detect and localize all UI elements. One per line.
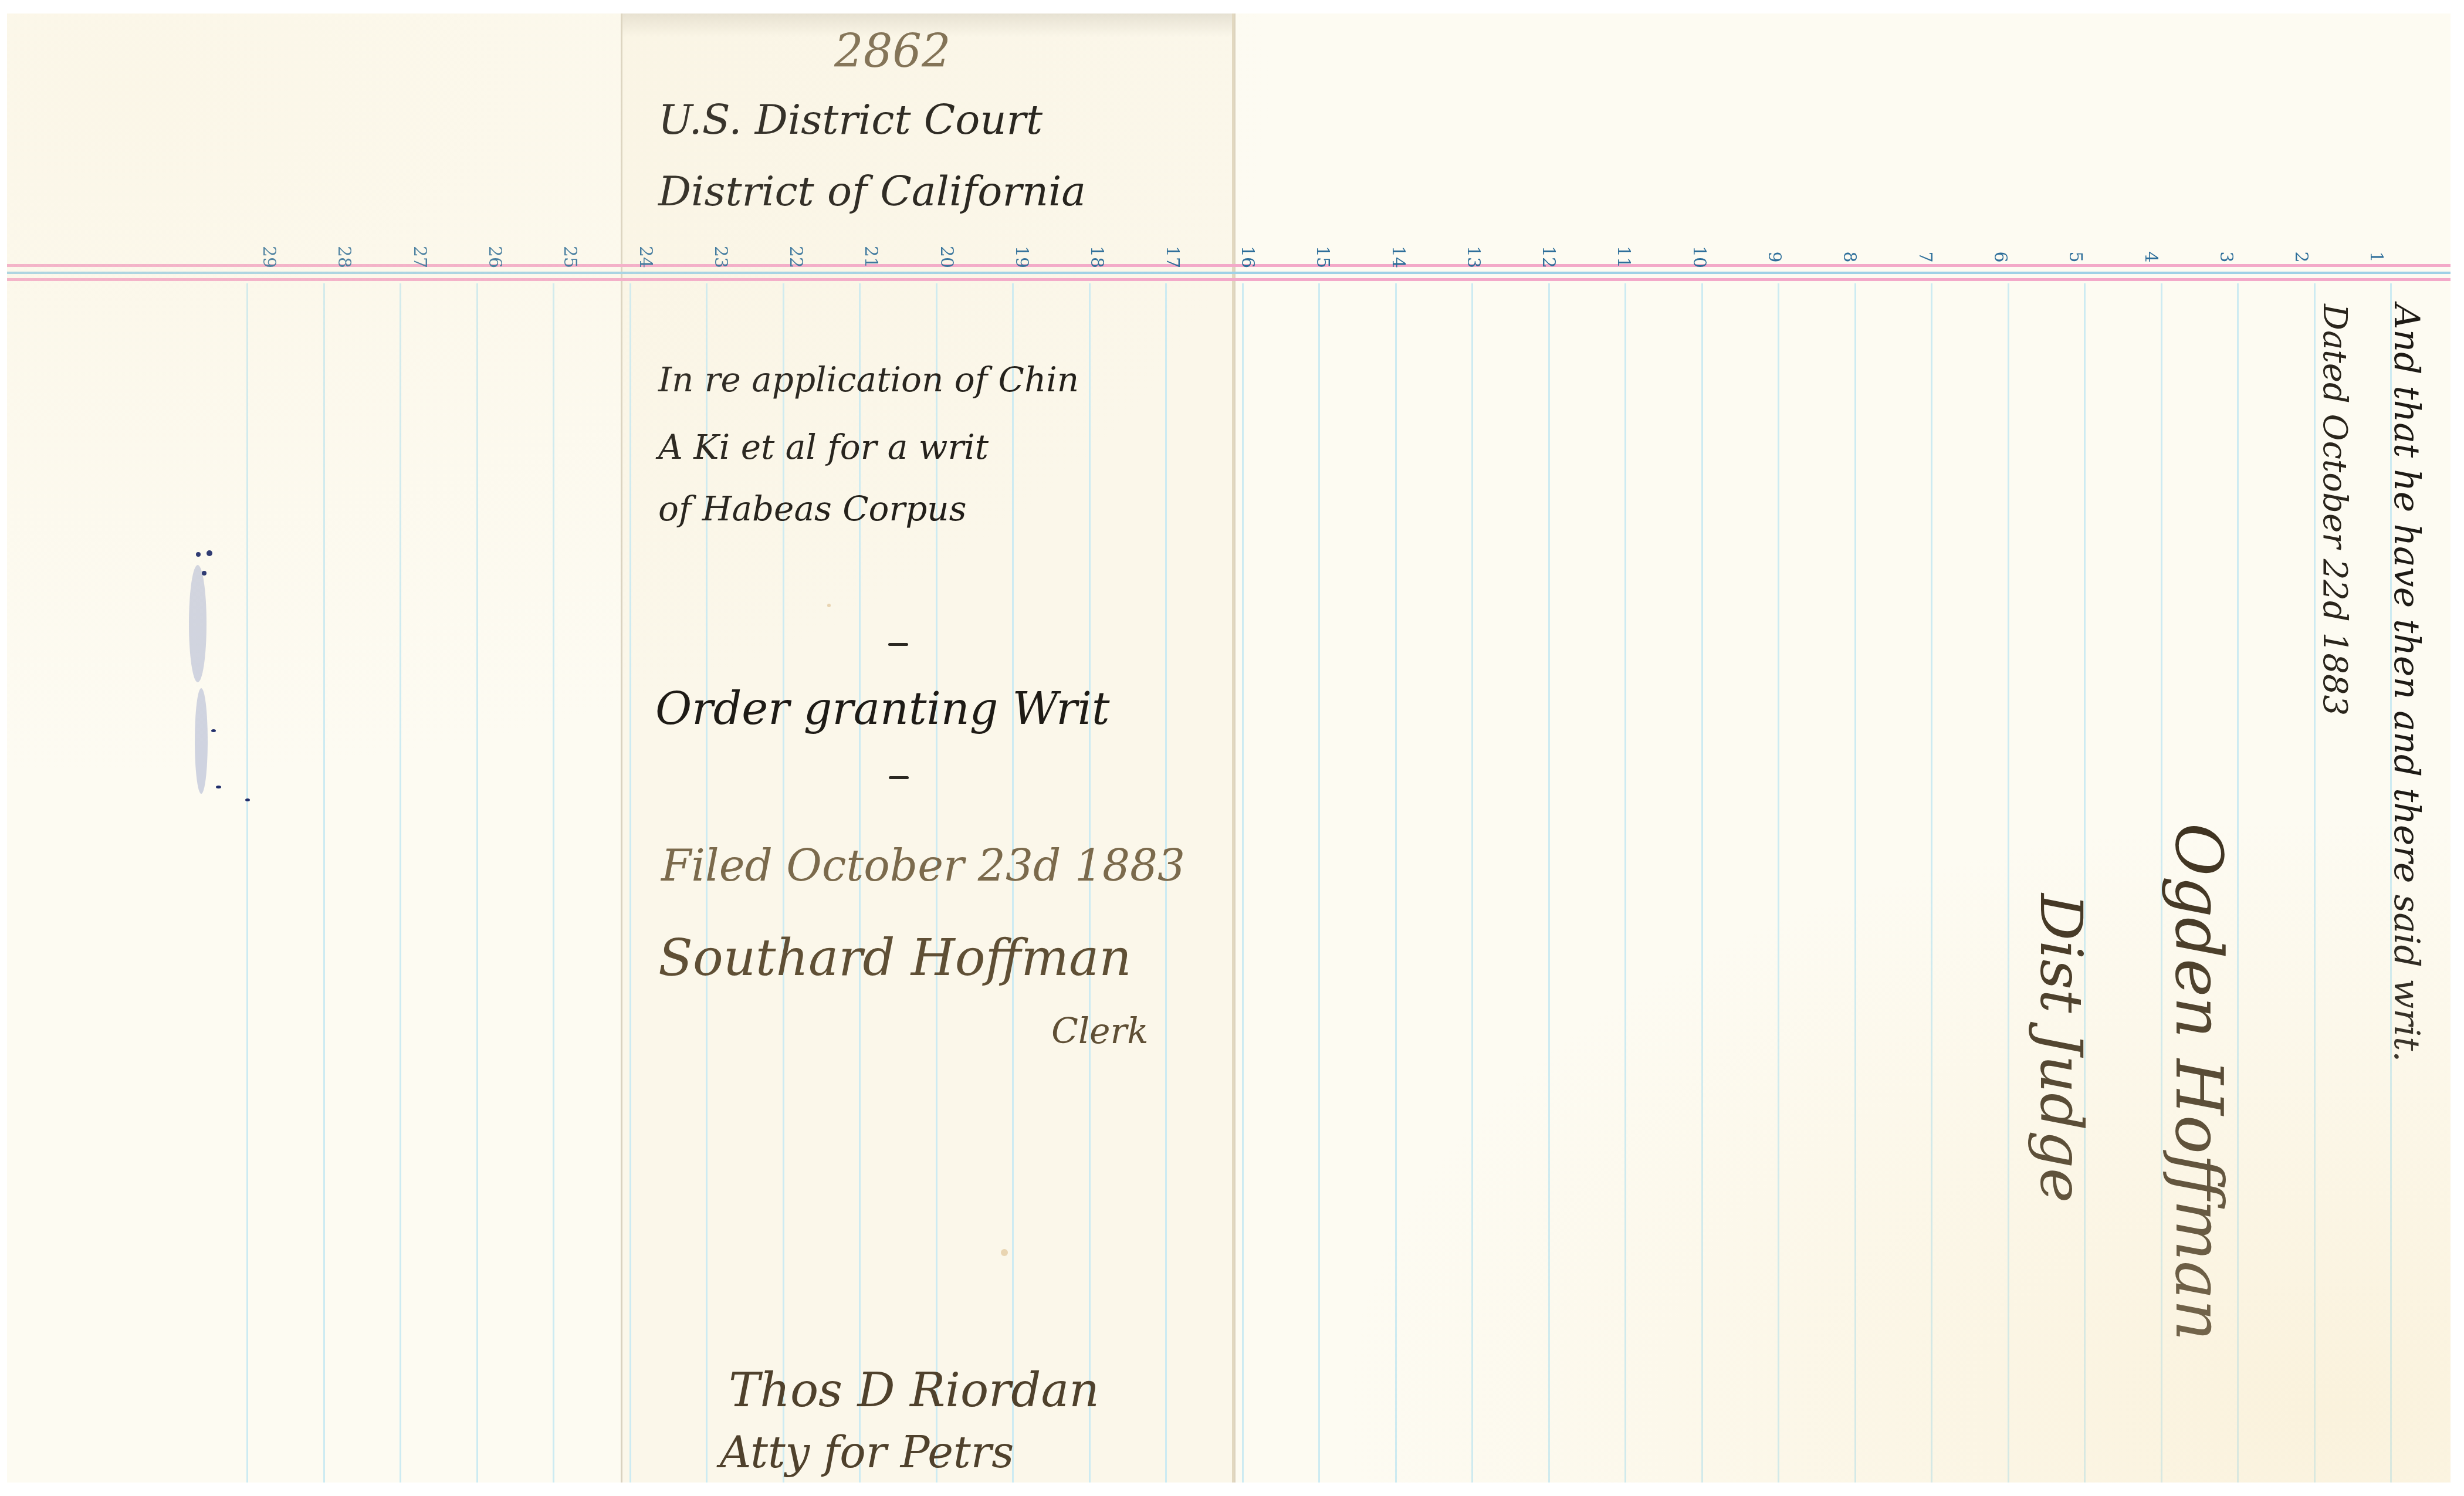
clerk-title: Clerk: [1051, 1011, 1149, 1052]
ruled-line: [629, 283, 631, 1483]
case-caption-line-1: In re application of Chin: [658, 360, 1079, 400]
line-number: 11: [1612, 245, 1635, 269]
paper-stain: [827, 604, 831, 607]
court-district: District of California: [658, 167, 1086, 215]
ruled-line: [2008, 283, 2009, 1483]
separator-dash-top: [888, 643, 908, 646]
case-caption-line-3: of Habeas Corpus: [658, 489, 966, 529]
ruled-line: [2237, 283, 2239, 1483]
line-number: 6: [1988, 245, 2012, 269]
ruled-line: [2084, 283, 2086, 1483]
line-number: 16: [1236, 245, 1259, 269]
folded-cover-panel: [621, 13, 1236, 1483]
line-number: 8: [1837, 245, 1861, 269]
line-number: 4: [2139, 245, 2162, 269]
ruled-line: [1395, 283, 1397, 1483]
ruled-line: [1624, 283, 1626, 1483]
line-number: 28: [332, 245, 356, 269]
judge-title: Dist Judge: [2027, 893, 2096, 1203]
margin-line-pink-bottom: [7, 278, 2451, 281]
line-number: 18: [1085, 245, 1108, 269]
ruled-line: [1242, 283, 1244, 1483]
ruled-line: [1318, 283, 1320, 1483]
attorney-signature: Thos D Riordan: [729, 1363, 1099, 1417]
line-number: 26: [483, 245, 506, 269]
margin-line-blue: [7, 272, 2451, 274]
ruled-line: [1471, 283, 1473, 1483]
line-number: 21: [859, 245, 882, 269]
ink-smudge: [195, 688, 208, 794]
ink-dot: [196, 552, 201, 557]
line-number: 27: [408, 245, 431, 269]
ruled-line: [1778, 283, 1779, 1483]
writ-order-text: And that he have then and there said wri…: [2386, 304, 2427, 1062]
line-number: 17: [1160, 245, 1184, 269]
court-name: U.S. District Court: [658, 96, 1043, 144]
filed-date-stamp: Filed October 23d 1883: [661, 841, 1185, 891]
line-number: 13: [1461, 245, 1485, 269]
ruled-line: [246, 283, 248, 1483]
order-title: Order granting Writ: [655, 682, 1109, 735]
line-number: 3: [2214, 245, 2238, 269]
fold-crease: [1232, 13, 1234, 1483]
ruled-line: [323, 283, 325, 1483]
judge-signature: Ogden Hoffman: [2161, 823, 2236, 1341]
line-number: 1: [2364, 245, 2388, 269]
ink-dot: [216, 786, 221, 788]
line-number: 9: [1762, 245, 1786, 269]
line-number: 29: [257, 245, 280, 269]
writ-dated-line: Dated October 22d 1883: [2316, 304, 2354, 716]
ink-dot: [211, 729, 216, 732]
ruled-line: [553, 283, 554, 1483]
line-number: 24: [634, 245, 657, 269]
ruled-line: [400, 283, 401, 1483]
line-number: 19: [1010, 245, 1033, 269]
line-number: 23: [709, 245, 732, 269]
ink-dot: [245, 798, 250, 801]
docket-number: 2862: [834, 25, 951, 78]
ink-smudge: [189, 565, 207, 682]
ruled-line: [1548, 283, 1550, 1483]
ink-dot: [207, 550, 212, 556]
line-number: 10: [1687, 245, 1711, 269]
ruled-line: [476, 283, 478, 1483]
case-caption-line-2: A Ki et al for a writ: [658, 427, 989, 467]
line-number: 14: [1386, 245, 1410, 269]
line-number: 12: [1536, 245, 1560, 269]
paper-stain: [1001, 1249, 1008, 1256]
attorney-title: Atty for Petrs: [720, 1427, 1014, 1478]
clerk-signature: Southard Hoffman: [658, 929, 1132, 987]
ink-dot: [202, 571, 207, 576]
ruled-line: [1931, 283, 1932, 1483]
legal-document-page: 2928272625242322212019181716151413121110…: [7, 13, 2451, 1483]
line-number: 25: [558, 245, 581, 269]
separator-dash-bottom: [889, 776, 909, 779]
line-number: 7: [1913, 245, 1937, 269]
line-number: 15: [1311, 245, 1334, 269]
line-number: 5: [2063, 245, 2087, 269]
line-number: 22: [784, 245, 807, 269]
ruled-line: [1701, 283, 1703, 1483]
line-number: 2: [2289, 245, 2313, 269]
ruled-line: [1854, 283, 1856, 1483]
line-number: 20: [935, 245, 958, 269]
